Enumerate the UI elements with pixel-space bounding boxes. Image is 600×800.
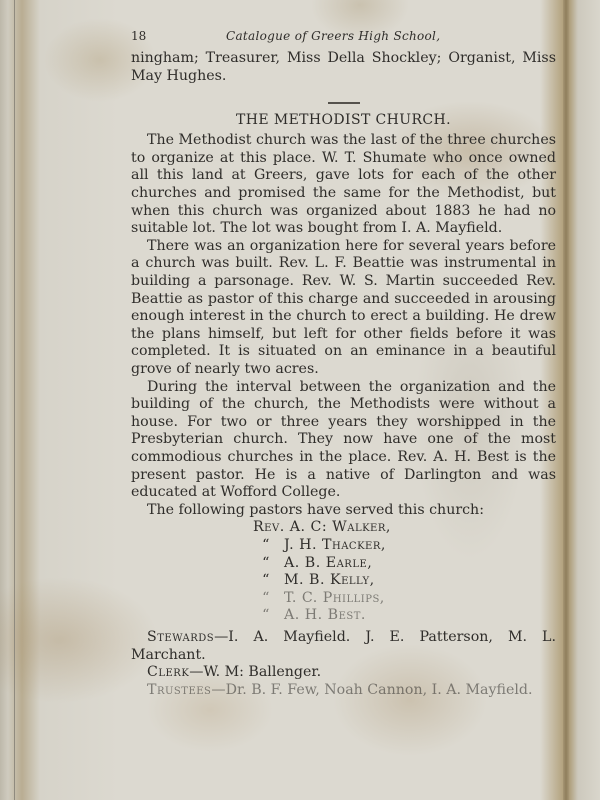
pastor-item: Rev. A. C: Walker,	[253, 519, 556, 537]
paragraph-3: During the interval between the organiza…	[131, 379, 556, 502]
officer-label: Trustees	[147, 682, 211, 698]
ditto-mark: “	[253, 555, 279, 573]
carryover-paragraph: ningham; Treasurer, Miss Della Shockley;…	[131, 50, 556, 85]
clerk-line: Clerk—W. M: Ballenger.	[131, 664, 556, 682]
pastor-name: A. C: Walker,	[290, 519, 391, 537]
pastors-intro: The following pastors have served this c…	[131, 502, 556, 520]
officers-list: Stewards—I. A. Mayfield. J. E. Patterson…	[131, 629, 556, 699]
pastor-name: A. B. Earle,	[284, 555, 372, 573]
pastor-name: A. H. Best.	[284, 607, 366, 625]
pastor-prefix: Rev.	[253, 519, 285, 537]
scanned-page: 18 Catalogue of Greers High School, ning…	[0, 0, 600, 800]
section-title: THE METHODIST CHURCH.	[131, 112, 556, 130]
officer-names: —W. M: Ballenger.	[189, 664, 321, 680]
pastor-name: J. H. Thacker,	[284, 537, 386, 555]
pastor-name: M. B. Kelly,	[284, 572, 375, 590]
page-text-block: 18 Catalogue of Greers High School, ning…	[131, 28, 556, 699]
officer-names: —Dr. B. F. Few, Noah Cannon, I. A. Mayfi…	[211, 682, 532, 698]
paragraph-1: The Methodist church was the last of the…	[131, 132, 556, 238]
pastors-list: Rev. A. C: Walker, “ J. H. Thacker, “ A.…	[253, 519, 556, 625]
pastor-item: “ M. B. Kelly,	[253, 572, 556, 590]
section-separator	[328, 102, 360, 104]
trustees-line: Trustees—Dr. B. F. Few, Noah Cannon, I. …	[131, 682, 556, 700]
page-number: 18	[131, 28, 226, 46]
running-head-title: Catalogue of Greers High School,	[226, 28, 440, 46]
ditto-mark: “	[253, 607, 279, 625]
pastor-name: T. C. Phillips,	[284, 590, 385, 608]
stewards-line: Stewards—I. A. Mayfield. J. E. Patterson…	[131, 629, 556, 664]
pastor-item: “ T. C. Phillips,	[253, 590, 556, 608]
paragraph-2: There was an organization here for sever…	[131, 238, 556, 379]
ditto-mark: “	[253, 590, 279, 608]
officer-label: Clerk	[147, 664, 189, 680]
ditto-mark: “	[253, 572, 279, 590]
running-head: 18 Catalogue of Greers High School,	[131, 28, 556, 50]
pastor-item: “ A. H. Best.	[253, 607, 556, 625]
pastor-item: “ A. B. Earle,	[253, 555, 556, 573]
ditto-mark: “	[253, 537, 279, 555]
officer-label: Stewards	[147, 629, 214, 645]
page-fold-line	[14, 0, 15, 800]
pastor-item: “ J. H. Thacker,	[253, 537, 556, 555]
book-spine-shadow	[563, 0, 569, 800]
